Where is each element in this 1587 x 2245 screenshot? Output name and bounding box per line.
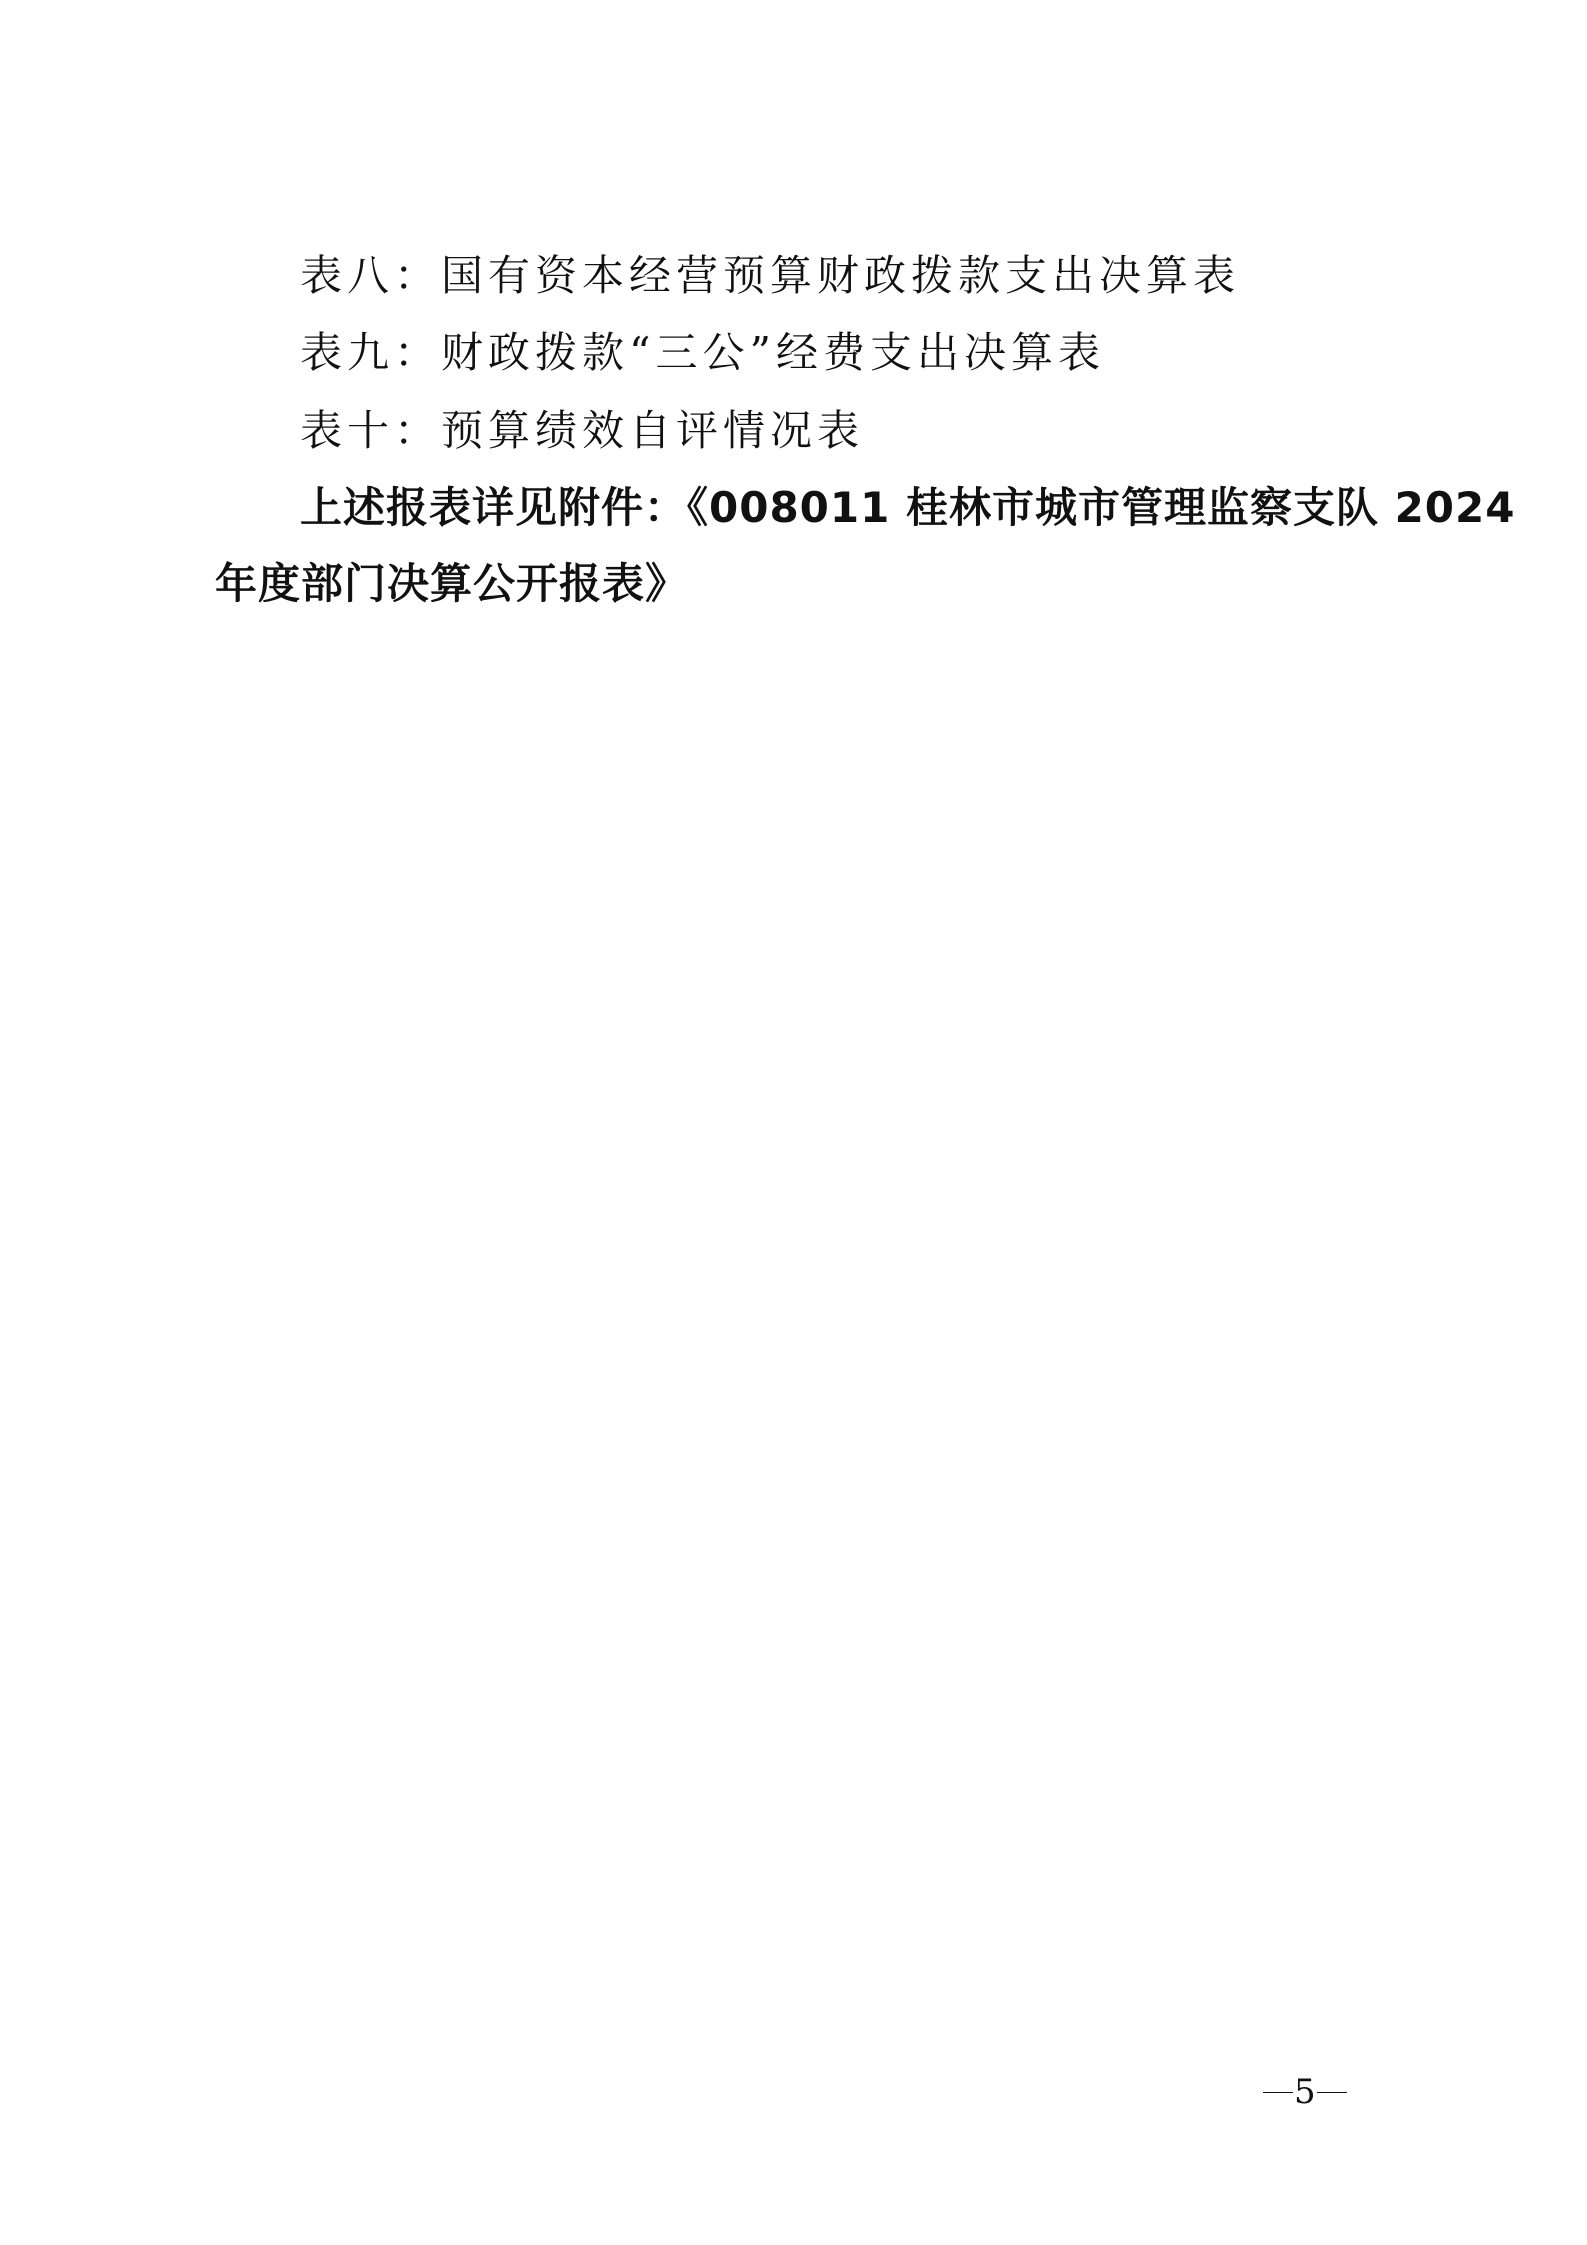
page-number-dash-right [1317,2092,1347,2093]
page-number: 5 [1262,2072,1348,2112]
table-list-item-9: 表九：财政拨款“三公”经费支出决算表 [300,329,1105,377]
attachment-reference-line-1: 上述报表详见附件：《008011 桂林市城市管理监察支队 2024 [300,484,1515,532]
page-number-value: 5 [1294,2072,1316,2112]
attachment-reference-line-2: 年度部门决算公开报表》 [215,560,688,608]
table-list-item-10: 表十：预算绩效自评情况表 [300,407,864,455]
document-page: 表八：国有资本经营预算财政拨款支出决算表 表九：财政拨款“三公”经费支出决算表 … [0,0,1587,2245]
table-list-item-8: 表八：国有资本经营预算财政拨款支出决算表 [300,252,1240,300]
page-number-dash-left [1263,2092,1293,2093]
